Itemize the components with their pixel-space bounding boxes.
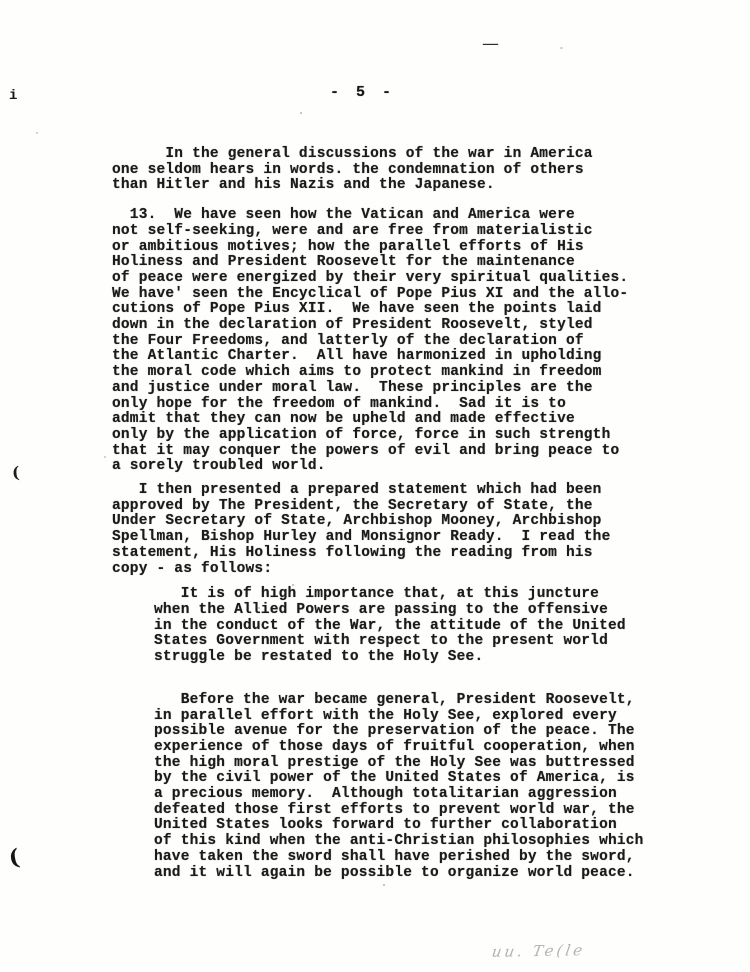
scan-speck <box>104 456 106 458</box>
scan-speck <box>300 112 302 114</box>
paragraph-item-13: 13. We have seen how the Vatican and Ame… <box>112 208 644 475</box>
scanned-document-page: - 5 - In the general discussions of the … <box>0 0 750 972</box>
scan-speck <box>258 607 260 609</box>
paragraph-intro: In the general discussions of the war in… <box>112 147 644 194</box>
page-number: - 5 - <box>330 85 395 101</box>
pencil-scribble-annotation: uu. Te(le <box>490 941 586 961</box>
stray-paren-mark-middle: ( <box>11 464 20 482</box>
blockquote-statement-part2: Before the war became general, President… <box>154 693 644 881</box>
scan-speck <box>383 884 385 886</box>
paragraph-statement-intro: I then presented a prepared statement wh… <box>112 483 644 577</box>
scan-speck <box>36 132 38 134</box>
stray-dash-mark: — <box>482 36 499 53</box>
stray-paren-mark-bottom: ( <box>7 845 21 870</box>
blockquote-statement-part1: It is of high importance that, at this j… <box>154 587 644 666</box>
scan-speck <box>292 584 294 586</box>
scan-speck <box>560 47 563 49</box>
stray-tick-mark: i <box>9 89 17 103</box>
document-body: In the general discussions of the war in… <box>112 147 644 881</box>
